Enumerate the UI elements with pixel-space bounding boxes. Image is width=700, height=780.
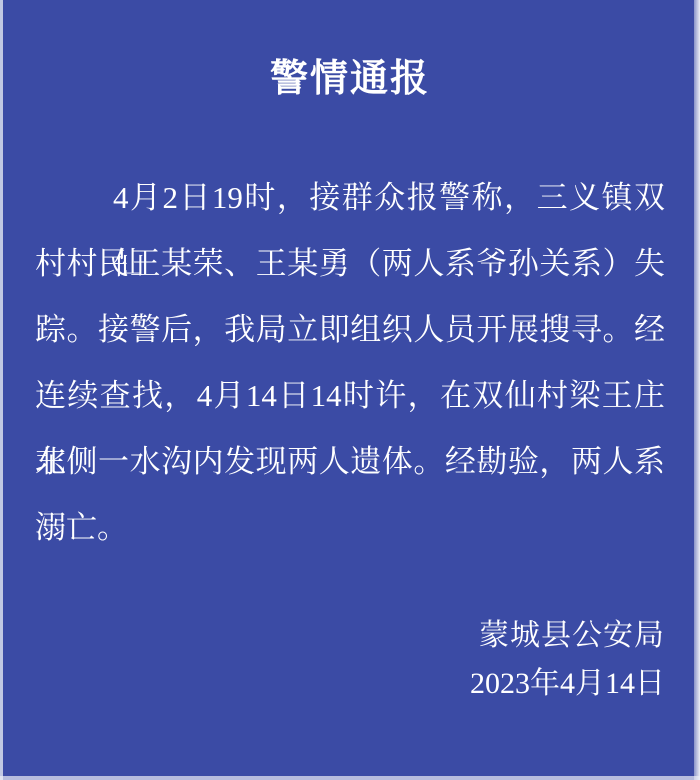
police-notice-poster: 警情通报 4月2日19时，接群众报警称，三义镇双仙 村村民王某荣、王某勇（两人系… [0,0,700,780]
left-edge-highlight [0,0,3,780]
issuer-signature: 蒙城县公安局 [470,612,665,660]
notice-body-line: 村村民王某荣、王某勇（两人系爷孙关系）失 [35,231,665,297]
notice-body-line: 北侧一水沟内发现两人遗体。经勘验，两人系 [35,429,665,495]
bottom-edge-highlight [0,776,700,780]
issue-date: 2023年4月14日 [470,660,665,708]
right-edge-highlight [694,0,700,780]
notice-body-line: 连续查找，4月14日14时许，在双仙村梁王庄东 [35,363,665,429]
signature-block: 蒙城县公安局 2023年4月14日 [470,612,665,708]
notice-title: 警情通报 [0,58,700,102]
notice-body-line: 4月2日19时，接群众报警称，三义镇双仙 [35,165,665,231]
notice-body: 4月2日19时，接群众报警称，三义镇双仙 村村民王某荣、王某勇（两人系爷孙关系）… [35,165,665,561]
notice-body-line: 踪。接警后，我局立即组织人员开展搜寻。经 [35,297,665,363]
notice-body-line: 溺亡。 [35,495,665,561]
